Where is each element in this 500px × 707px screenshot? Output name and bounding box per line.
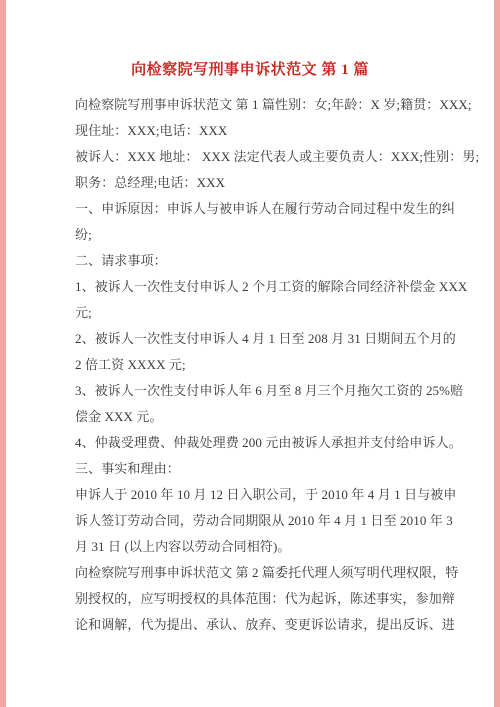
document-title: 向检察院写刑事申诉状范文 第 1 篇 xyxy=(70,62,430,79)
document-page: 向检察院写刑事申诉状范文 第 1 篇 向检察院写刑事申诉状范文 第 1 篇性别：… xyxy=(0,0,500,707)
document-line: 2、被诉人一次性支付申诉人 4 月 1 日至 208 月 31 日期间五个月的 xyxy=(75,326,430,352)
document-line: 申诉人于 2010 年 10 月 12 日入职公司，于 2010 年 4 月 1… xyxy=(75,482,430,508)
document-body: 向检察院写刑事申诉状范文 第 1 篇性别：女;年龄：X 岁;籍贯：XXX;现住址… xyxy=(75,92,430,638)
document-line: 向检察院写刑事申诉状范文 第 1 篇性别：女;年龄：X 岁;籍贯：XXX; xyxy=(75,92,430,118)
document-line: 职务：总经理;电话：XXX xyxy=(75,170,430,196)
document-line: 3、被诉人一次性支付申诉人年 6 月至 8 月三个月拖欠工资的 25%赔 xyxy=(75,378,430,404)
document-line: 4、仲裁受理费、仲裁处理费 200 元由被诉人承担并支付给申诉人。 xyxy=(75,430,430,456)
document-line: 偿金 XXX 元。 xyxy=(75,404,430,430)
document-line: 1、被诉人一次性支付申诉人 2 个月工资的解除合同经济补偿金 XXX xyxy=(75,274,430,300)
document-line: 向检察院写刑事申诉状范文 第 2 篇委托代理人须写明代理权限，特 xyxy=(75,560,430,586)
document-line: 诉人签订劳动合同，劳动合同期限从 2010 年 4 月 1 日至 2010 年 … xyxy=(75,508,430,534)
page-edge-left xyxy=(0,0,6,707)
document-line: 被诉人：XXX 地址： XXX 法定代表人或主要负责人：XXX;性别：男; xyxy=(75,144,430,170)
document-line: 三、事实和理由： xyxy=(75,456,430,482)
document-line: 二、请求事项： xyxy=(75,248,430,274)
document-line: 论和调解，代为提出、承认、放弃、变更诉讼请求，提出反诉、进 xyxy=(75,612,430,638)
document-line: 月 31 日 (以上内容以劳动合同相符)。 xyxy=(75,534,430,560)
document-line: 一、申诉原因：申诉人与被申诉人在履行劳动合同过程中发生的纠 xyxy=(75,196,430,222)
document-line: 别授权的，应写明授权的具体范围：代为起诉，陈述事实，参加辩 xyxy=(75,586,430,612)
page-edge-right xyxy=(494,0,500,707)
document-line: 纷; xyxy=(75,222,430,248)
document-line: 现住址：XXX;电话：XXX xyxy=(75,118,430,144)
document-line: 元; xyxy=(75,300,430,326)
document-line: 2 倍工资 XXXX 元; xyxy=(75,352,430,378)
